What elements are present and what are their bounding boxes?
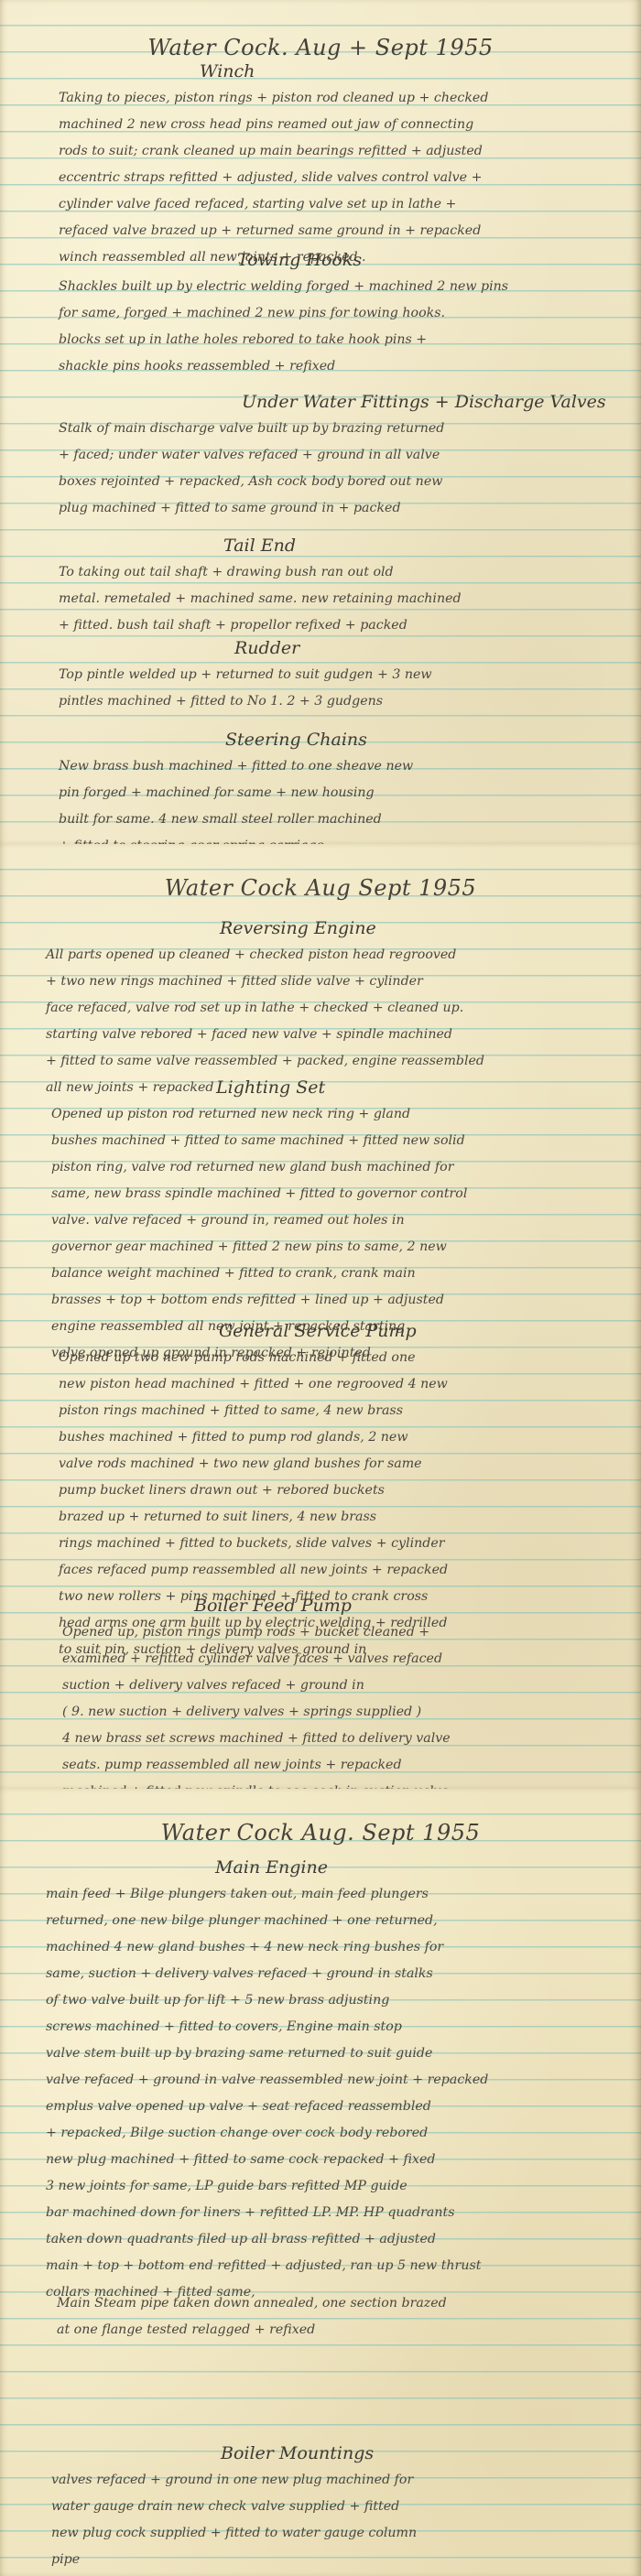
log-line: machined 4 new gland bushes + 4 new neck… [46, 1934, 604, 1961]
log-line: + faced; under water valves refaced + gr… [59, 442, 617, 469]
page-title: Water Cock. Aug + Sept 1955 [0, 35, 641, 60]
log-line: same, new brass spindle machined + fitte… [51, 1181, 610, 1207]
log-line: + fitted to steering gear spring carriag… [59, 833, 617, 844]
section-heading: Steering Chains [59, 727, 617, 753]
section-heading: Lighting Set [51, 1075, 610, 1101]
notebook-page-1: Water Cock. Aug + Sept 1955 Winch Taking… [0, 0, 641, 844]
log-line: bar machined down for liners + refitted … [46, 2200, 604, 2226]
log-line: 3 new joints for same, LP guide bars ref… [46, 2173, 604, 2200]
log-line: New brass bush machined + fitted to one … [59, 753, 617, 780]
log-line: governor gear machined + fitted 2 new pi… [51, 1234, 610, 1261]
section-rudder: Rudder Top pintle welded up + returned t… [59, 635, 617, 715]
log-line: + fitted to same valve reassembled + pac… [46, 1048, 604, 1075]
log-line: screws machined + fitted to covers, Engi… [46, 2014, 604, 2040]
log-line: main + top + bottom end refitted + adjus… [46, 2253, 604, 2279]
log-line: machined + fitted new spindle to sea coc… [62, 1779, 621, 1789]
log-line: faces refaced pump reassembled all new j… [59, 1557, 617, 1584]
log-line: Taking to pieces, piston rings + piston … [59, 85, 617, 112]
log-line: same, suction + delivery valves refaced … [46, 1961, 604, 1987]
log-line: Main Steam pipe taken down annealed, one… [57, 2290, 615, 2317]
log-line: piston ring, valve rod returned new glan… [51, 1154, 610, 1181]
section-under-water-fittings: Under Water Fittings + Discharge Valves … [59, 389, 617, 522]
section-body: Opened up, piston rings pump rods + buck… [62, 1619, 621, 1789]
section-heading: General Service Pump [59, 1318, 617, 1345]
log-line: taken down quadrants filed up all brass … [46, 2226, 604, 2253]
section-heading: Rudder [59, 635, 617, 662]
section-body: New brass bush machined + fitted to one … [59, 753, 617, 844]
section-main-steam-pipe: Main Steam pipe taken down annealed, one… [57, 2290, 615, 2343]
section-towing-hooks: Towing Hooks Shackles built up by electr… [59, 247, 617, 380]
log-line: of two valve built up for lift + 5 new b… [46, 1987, 604, 2014]
log-line: plug machined + fitted to same ground in… [59, 495, 617, 522]
log-line: starting valve rebored + faced new valve… [46, 1022, 604, 1048]
log-line: balance weight machined + fitted to cran… [51, 1261, 610, 1287]
log-line: valve refaced + ground in valve reassemb… [46, 2067, 604, 2094]
section-heading: Towing Hooks [59, 247, 617, 274]
log-line: Top pintle welded up + returned to suit … [59, 662, 617, 688]
log-line: + repacked, Bilge suction change over co… [46, 2120, 604, 2147]
log-line: suction + delivery valves refaced + grou… [62, 1672, 621, 1699]
page-title: Water Cock Aug Sept 1955 [0, 875, 641, 901]
log-line: Shackles built up by electric welding fo… [59, 274, 617, 300]
section-body: Taking to pieces, piston rings + piston … [59, 85, 617, 271]
log-line: ( 9. new suction + delivery valves + spr… [62, 1699, 621, 1726]
log-line: at one flange tested relagged + refixed [57, 2317, 615, 2343]
section-heading: Boiler Mountings [51, 2441, 610, 2467]
notebook-page-2: Water Cock Aug Sept 1955 Reversing Engin… [0, 844, 641, 1789]
section-heading: Winch [59, 59, 617, 85]
log-line: water gauge drain new check valve suppli… [51, 2494, 610, 2520]
section-body: To taking out tail shaft + drawing bush … [59, 559, 617, 639]
notebook-page-3: Water Cock Aug. Sept 1955 Main Engine ma… [0, 1789, 641, 2576]
log-line: cylinder valve faced refaced, starting v… [59, 191, 617, 218]
log-line: bushes machined + fitted to same machine… [51, 1128, 610, 1154]
log-line: bushes machined + fitted to pump rod gla… [59, 1424, 617, 1451]
section-steering-chains: Steering Chains New brass bush machined … [59, 727, 617, 844]
log-line: piston rings machined + fitted to same, … [59, 1398, 617, 1424]
log-line: valve. valve refaced + ground in, reamed… [51, 1207, 610, 1234]
log-line: new plug machined + fitted to same cock … [46, 2147, 604, 2173]
page-title: Water Cock Aug. Sept 1955 [0, 1820, 641, 1845]
log-line: refaced valve brazed up + returned same … [59, 218, 617, 244]
log-line: + two new rings machined + fitted slide … [46, 969, 604, 995]
log-line: new piston head machined + fitted + one … [59, 1371, 617, 1398]
log-line: All parts opened up cleaned + checked pi… [46, 942, 604, 969]
log-line: rods to suit; crank cleaned up main bear… [59, 138, 617, 165]
section-boiler-feed-pump: Boiler Feed Pump Opened up, piston rings… [62, 1593, 621, 1789]
log-line: returned, one new bilge plunger machined… [46, 1908, 604, 1934]
log-line: valve rods machined + two new gland bush… [59, 1451, 617, 1477]
log-line: eccentric straps refitted + adjusted, sl… [59, 165, 617, 191]
log-line: Opened up, piston rings pump rods + buck… [62, 1619, 621, 1646]
section-winch: Winch Taking to pieces, piston rings + p… [59, 59, 617, 271]
log-line: pump bucket liners drawn out + rebored b… [59, 1477, 617, 1504]
log-line: face refaced, valve rod set up in lathe … [46, 995, 604, 1022]
log-line: built for same. 4 new small steel roller… [59, 806, 617, 833]
log-line: valve stem built up by brazing same retu… [46, 2040, 604, 2067]
log-line: valves refaced + ground in one new plug … [51, 2467, 610, 2494]
section-body: Shackles built up by electric welding fo… [59, 274, 617, 380]
section-heading: Under Water Fittings + Discharge Valves [59, 389, 617, 416]
log-line: metal. remetaled + machined same. new re… [59, 586, 617, 612]
log-line: emplus valve opened up valve + seat refa… [46, 2094, 604, 2120]
log-line: 4 new brass set screws machined + fitted… [62, 1726, 621, 1752]
log-line: pin forged + machined for same + new hou… [59, 780, 617, 806]
log-line: rings machined + fitted to buckets, slid… [59, 1531, 617, 1557]
section-body: Main Steam pipe taken down annealed, one… [57, 2290, 615, 2343]
log-line: boxes rejointed + repacked, Ash cock bod… [59, 469, 617, 495]
log-line: shackle pins hooks reassembled + refixed [59, 353, 617, 380]
log-line: new plug cock supplied + fitted to water… [51, 2520, 610, 2547]
section-heading: Boiler Feed Pump [62, 1593, 621, 1619]
section-boiler-mountings: Boiler Mountings valves refaced + ground… [51, 2441, 610, 2573]
log-line: brasses + top + bottom ends refitted + l… [51, 1287, 610, 1314]
section-body: Top pintle welded up + returned to suit … [59, 662, 617, 715]
log-line: blocks set up in lathe holes rebored to … [59, 327, 617, 353]
log-line: Opened up piston rod returned new neck r… [51, 1101, 610, 1128]
log-line: brazed up + returned to suit liners, 4 n… [59, 1504, 617, 1531]
section-heading: Reversing Engine [46, 915, 604, 942]
log-line: main feed + Bilge plungers taken out, ma… [46, 1881, 604, 1908]
log-line: seats. pump reassembled all new joints +… [62, 1752, 621, 1779]
section-reversing-engine: Reversing Engine All parts opened up cle… [46, 915, 604, 1101]
log-line: Stalk of main discharge valve built up b… [59, 416, 617, 442]
log-line: pipe [51, 2547, 610, 2573]
log-line: To taking out tail shaft + drawing bush … [59, 559, 617, 586]
log-line: machined 2 new cross head pins reamed ou… [59, 112, 617, 138]
section-heading: Tail End [59, 533, 617, 559]
section-body: main feed + Bilge plungers taken out, ma… [46, 1881, 604, 2306]
log-line: pintles machined + fitted to No 1. 2 + 3… [59, 688, 617, 715]
log-line: for same, forged + machined 2 new pins f… [59, 300, 617, 327]
section-tail-end: Tail End To taking out tail shaft + draw… [59, 533, 617, 639]
section-body: Stalk of main discharge valve built up b… [59, 416, 617, 522]
section-heading: Main Engine [46, 1855, 604, 1881]
log-line: examined + refitted cylinder valve faces… [62, 1646, 621, 1672]
section-body: valves refaced + ground in one new plug … [51, 2467, 610, 2573]
section-main-engine: Main Engine main feed + Bilge plungers t… [46, 1855, 604, 2306]
log-line: Opened up two new pump rods machined + f… [59, 1345, 617, 1371]
